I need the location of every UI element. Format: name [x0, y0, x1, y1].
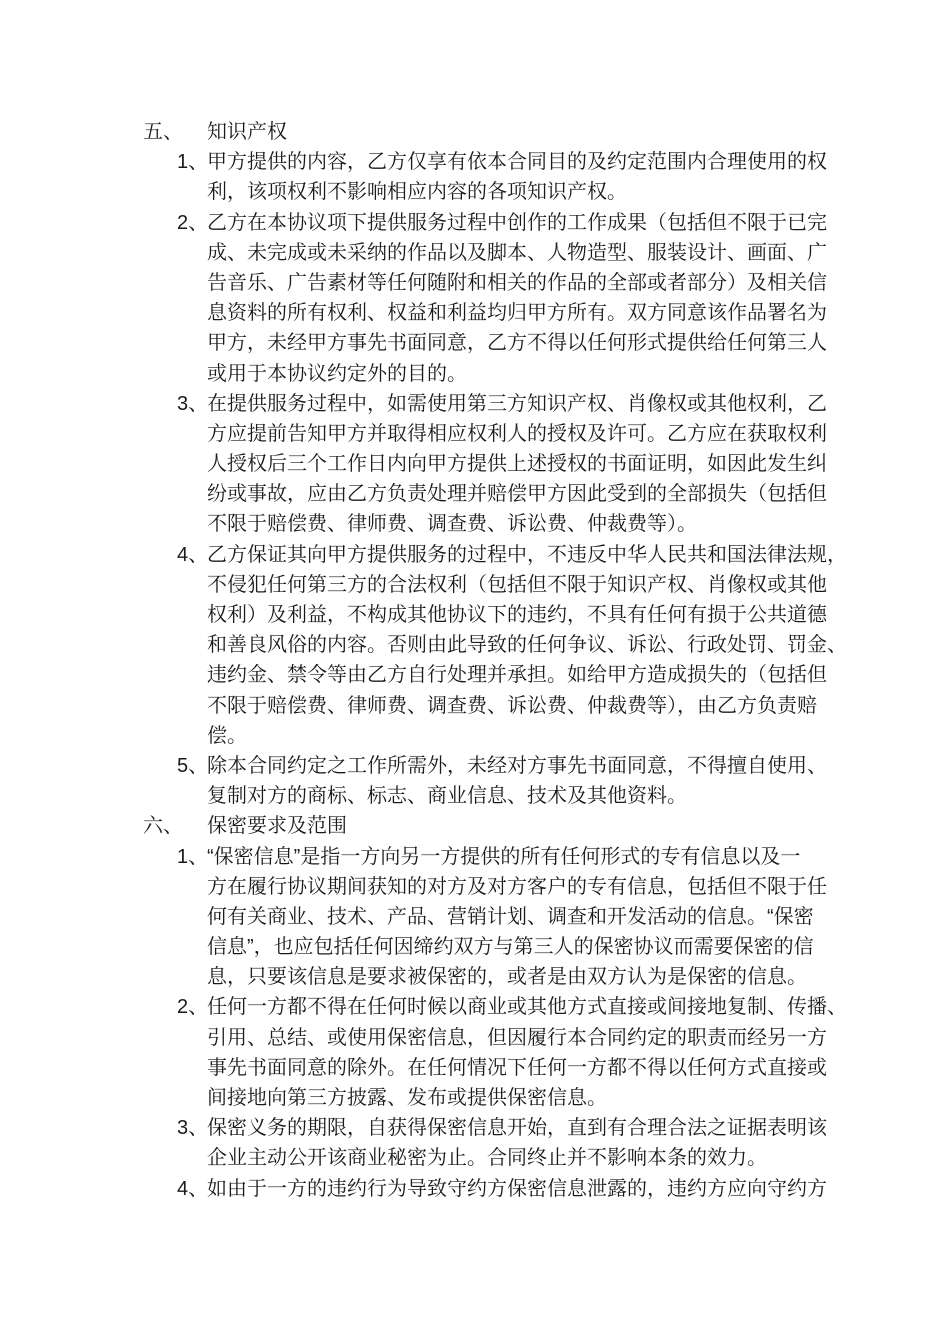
clause-line: 1、 “保密信息”是指一方向另一方提供的所有任何形式的专有信息以及一: [207, 842, 829, 872]
clause-text: 间接地向第三方披露、发布或提供保密信息。: [207, 1087, 607, 1109]
clause-text: 乙方在本协议项下提供服务过程中创作的工作成果（包括但不限于已完: [207, 212, 827, 234]
clause-text: “保密信息”是指一方向另一方提供的所有任何形式的专有信息以及一: [207, 846, 800, 868]
clause-text: 甲方，未经甲方事先书面同意，乙方不得以任何形式提供给任何第三人: [207, 332, 827, 354]
clause-text: 违约金、禁令等由乙方自行处理并承担。如给甲方造成损失的（包括但: [207, 664, 827, 686]
clause-line: 甲方，未经甲方事先书面同意，乙方不得以任何形式提供给任何第三人: [207, 328, 829, 358]
clause-text: 方应提前告知甲方并取得相应权利人的授权及许可。乙方应在获取权利: [207, 423, 827, 445]
clause-line: 5、 除本合同约定之工作所需外，未经对方事先书面同意，不得擅自使用、: [207, 751, 829, 781]
clause-text: 不限于赔偿费、律师费、调查费、诉讼费、仲裁费等），由乙方负责赔: [207, 695, 817, 717]
clause-text: 乙方保证其向甲方提供服务的过程中，不违反中华人民共和国法律法规，: [207, 544, 847, 566]
clause-line: 方在履行协议期间获知的对方及对方客户的专有信息，包括但不限于任: [207, 872, 829, 902]
clause-line: 偿。: [207, 721, 829, 751]
clause-line: 3、 在提供服务过程中，如需使用第三方知识产权、肖像权或其他权利，乙: [207, 389, 829, 419]
clause-number: 4、: [177, 1174, 208, 1204]
clause-line: 1、 甲方提供的内容，乙方仅享有依本合同目的及约定范围内合理使用的权: [207, 147, 829, 177]
clause-number: 1、: [177, 147, 208, 177]
clause-line: 违约金、禁令等由乙方自行处理并承担。如给甲方造成损失的（包括但: [207, 660, 829, 690]
clause-number: 4、: [177, 540, 208, 570]
clause-line: 息，只要该信息是要求被保密的，或者是由双方认为是保密的信息。: [207, 962, 829, 992]
clause-text: 甲方提供的内容，乙方仅享有依本合同目的及约定范围内合理使用的权: [207, 151, 827, 173]
clause-text: 告音乐、广告素材等任何随附和相关的作品的全部或者部分）及相关信: [207, 272, 827, 294]
clause-text: 人授权后三个工作日内向甲方提供上述授权的书面证明，如因此发生纠: [207, 453, 827, 475]
clause-text: 权利）及利益，不构成其他协议下的违约，不具有任何有损于公共道德: [207, 604, 827, 626]
clause-text: 息，只要该信息是要求被保密的，或者是由双方认为是保密的信息。: [207, 966, 807, 988]
clause-text: 纷或事故，应由乙方负责处理并赔偿甲方因此受到的全部损失（包括但: [207, 483, 827, 505]
clause-line: 成、未完成或未采纳的作品以及脚本、人物造型、服装设计、画面、广: [207, 238, 829, 268]
clause-line: 利，该项权利不影响相应内容的各项知识产权。: [207, 177, 829, 207]
clause-text: 利，该项权利不影响相应内容的各项知识产权。: [207, 181, 627, 203]
clause-text: 在提供服务过程中，如需使用第三方知识产权、肖像权或其他权利，乙: [207, 393, 827, 415]
section-heading: 六、 保密要求及范围: [207, 811, 829, 841]
clause-line: 4、 乙方保证其向甲方提供服务的过程中，不违反中华人民共和国法律法规，: [207, 540, 829, 570]
clause-text: 除本合同约定之工作所需外，未经对方事先书面同意，不得擅自使用、: [207, 755, 827, 777]
document-page: 五、 知识产权 1、 甲方提供的内容，乙方仅享有依本合同目的及约定范围内合理使用…: [0, 0, 950, 1344]
section-number: 六、: [143, 811, 183, 841]
clause-text: 和善良风俗的内容。否则由此导致的任何争议、诉讼、行政处罚、罚金、: [207, 634, 847, 656]
section-title: 知识产权: [207, 121, 287, 143]
clause-line: 息资料的所有权利、权益和利益均归甲方所有。双方同意该作品署名为: [207, 298, 829, 328]
clause-text: 偿。: [207, 725, 247, 747]
clause-line: 方应提前告知甲方并取得相应权利人的授权及许可。乙方应在获取权利: [207, 419, 829, 449]
clause-line: 间接地向第三方披露、发布或提供保密信息。: [207, 1083, 829, 1113]
clause-line: 何有关商业、技术、产品、营销计划、调查和开发活动的信息。“保密: [207, 902, 829, 932]
clause-line: 不限于赔偿费、律师费、调查费、诉讼费、仲裁费等），由乙方负责赔: [207, 691, 829, 721]
clause-text: 引用、总结、或使用保密信息，但因履行本合同约定的职责而经另一方: [207, 1027, 827, 1049]
section-heading: 五、 知识产权: [207, 117, 829, 147]
clause-text: 不侵犯任何第三方的合法权利（包括但不限于知识产权、肖像权或其他: [207, 574, 827, 596]
clause-line: 不侵犯任何第三方的合法权利（包括但不限于知识产权、肖像权或其他: [207, 570, 829, 600]
clause-line: 和善良风俗的内容。否则由此导致的任何争议、诉讼、行政处罚、罚金、: [207, 630, 829, 660]
clause-line: 企业主动公开该商业秘密为止。合同终止并不影响本条的效力。: [207, 1143, 829, 1173]
clause-text: 事先书面同意的除外。在任何情况下任何一方都不得以任何方式直接或: [207, 1057, 827, 1079]
clause-number: 2、: [177, 208, 208, 238]
clause-text: 如由于一方的违约行为导致守约方保密信息泄露的，违约方应向守约方: [207, 1178, 827, 1200]
clause-text: 任何一方都不得在任何时候以商业或其他方式直接或间接地复制、传播、: [207, 996, 847, 1018]
clause-line: 2、 任何一方都不得在任何时候以商业或其他方式直接或间接地复制、传播、: [207, 992, 829, 1022]
section-number: 五、: [143, 117, 183, 147]
clause-number: 5、: [177, 751, 208, 781]
clause-line: 复制对方的商标、标志、商业信息、技术及其他资料。: [207, 781, 829, 811]
contract-body: 五、 知识产权 1、 甲方提供的内容，乙方仅享有依本合同目的及约定范围内合理使用…: [207, 117, 829, 1204]
clause-line: 引用、总结、或使用保密信息，但因履行本合同约定的职责而经另一方: [207, 1023, 829, 1053]
clause-text: 方在履行协议期间获知的对方及对方客户的专有信息，包括但不限于任: [207, 876, 827, 898]
clause-number: 3、: [177, 1113, 208, 1143]
clause-text: 何有关商业、技术、产品、营销计划、调查和开发活动的信息。“保密: [207, 906, 814, 928]
clause-number: 1、: [177, 842, 208, 872]
clause-line: 4、 如由于一方的违约行为导致守约方保密信息泄露的，违约方应向守约方: [207, 1174, 829, 1204]
clause-line: 纷或事故，应由乙方负责处理并赔偿甲方因此受到的全部损失（包括但: [207, 479, 829, 509]
clause-line: 或用于本协议约定外的目的。: [207, 359, 829, 389]
clause-text: 保密义务的期限，自获得保密信息开始，直到有合理合法之证据表明该: [207, 1117, 827, 1139]
clause-text: 或用于本协议约定外的目的。: [207, 363, 467, 385]
section-title: 保密要求及范围: [207, 815, 347, 837]
clause-line: 权利）及利益，不构成其他协议下的违约，不具有任何有损于公共道德: [207, 600, 829, 630]
clause-text: 不限于赔偿费、律师费、调查费、诉讼费、仲裁费等）。: [207, 513, 697, 535]
clause-text: 复制对方的商标、标志、商业信息、技术及其他资料。: [207, 785, 687, 807]
clause-line: 2、 乙方在本协议项下提供服务过程中创作的工作成果（包括但不限于已完: [207, 208, 829, 238]
clause-text: 息资料的所有权利、权益和利益均归甲方所有。双方同意该作品署名为: [207, 302, 827, 324]
clause-line: 不限于赔偿费、律师费、调查费、诉讼费、仲裁费等）。: [207, 509, 829, 539]
clause-line: 3、 保密义务的期限，自获得保密信息开始，直到有合理合法之证据表明该: [207, 1113, 829, 1143]
clause-number: 2、: [177, 992, 208, 1022]
clause-text: 信息”，也应包括任何因缔约双方与第三人的保密协议而需要保密的信: [207, 936, 814, 958]
clause-line: 信息”，也应包括任何因缔约双方与第三人的保密协议而需要保密的信: [207, 932, 829, 962]
clause-text: 企业主动公开该商业秘密为止。合同终止并不影响本条的效力。: [207, 1147, 767, 1169]
clause-text: 成、未完成或未采纳的作品以及脚本、人物造型、服装设计、画面、广: [207, 242, 827, 264]
clause-line: 告音乐、广告素材等任何随附和相关的作品的全部或者部分）及相关信: [207, 268, 829, 298]
clause-number: 3、: [177, 389, 208, 419]
clause-line: 人授权后三个工作日内向甲方提供上述授权的书面证明，如因此发生纠: [207, 449, 829, 479]
clause-line: 事先书面同意的除外。在任何情况下任何一方都不得以任何方式直接或: [207, 1053, 829, 1083]
